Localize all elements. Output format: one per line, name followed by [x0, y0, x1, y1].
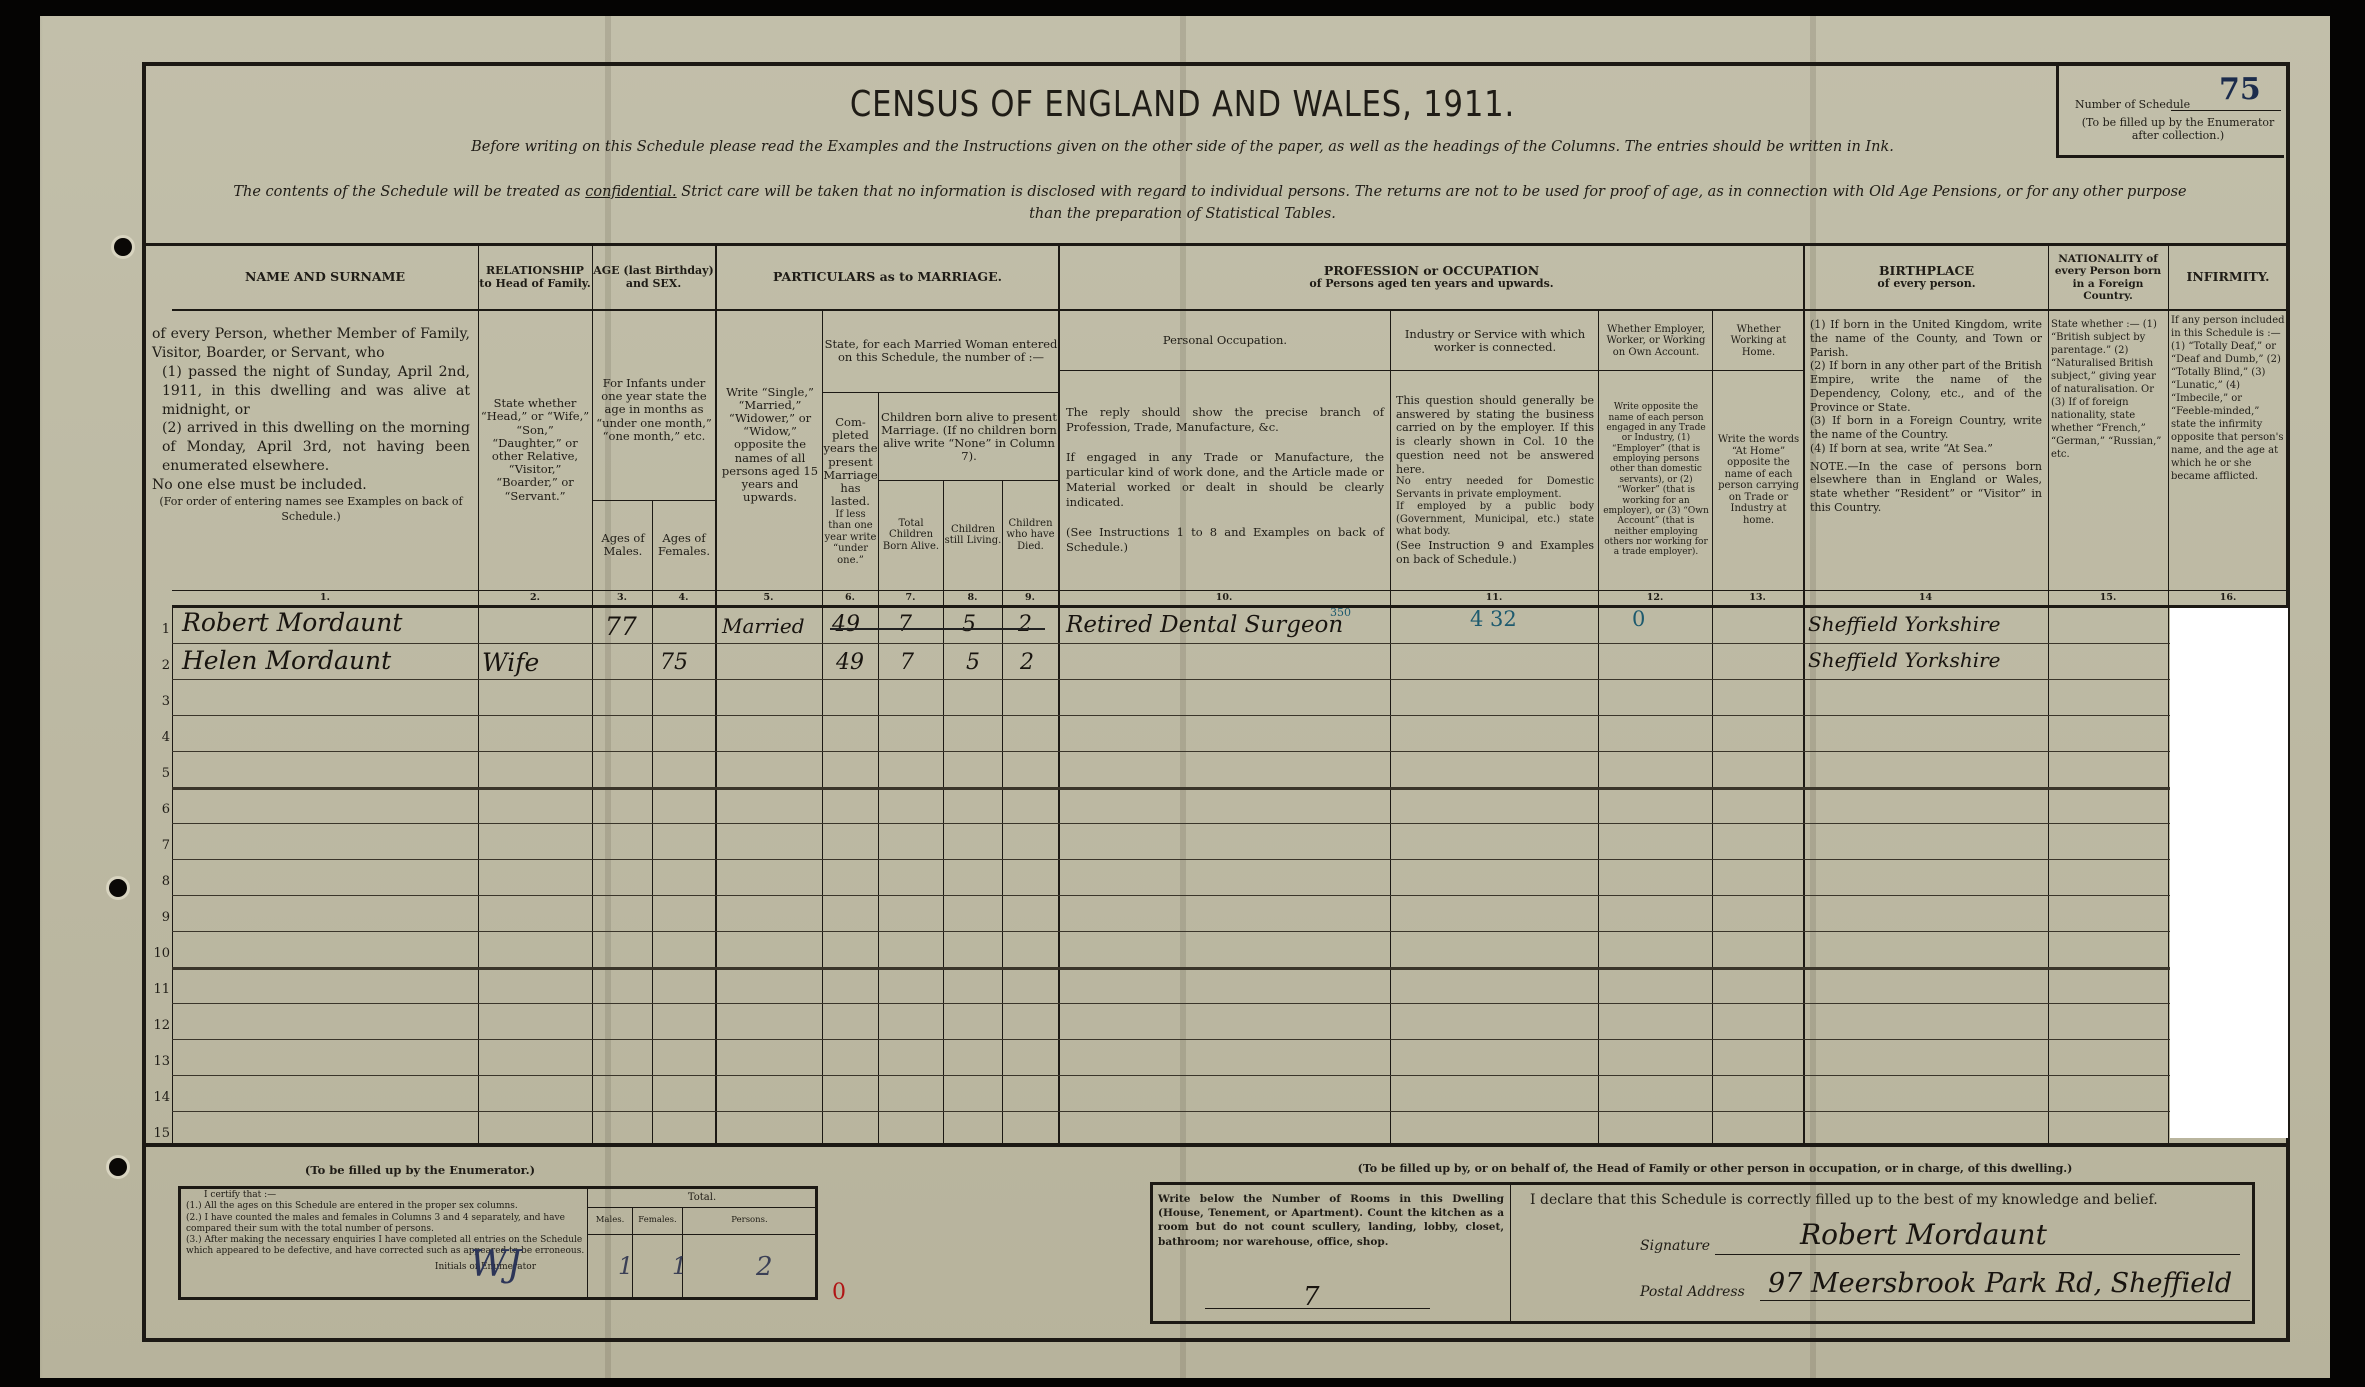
cell-children-living[interactable]: 5	[966, 650, 980, 675]
schedule-number[interactable]: 75	[2219, 72, 2261, 107]
declaration: I declare that this Schedule is correctl…	[1530, 1190, 2250, 1210]
enumerator-certification: I certify that :— (1.) All the ages on t…	[186, 1190, 586, 1294]
strike-through-line	[830, 628, 1045, 630]
row-number: 15	[146, 1126, 170, 1141]
cell-birthplace[interactable]: Sheffield Yorkshire	[1808, 612, 2001, 636]
children-living-label: Children still Living.	[944, 482, 1002, 588]
at-home-label: Whether Working at Home.	[1714, 312, 1803, 370]
header-birthplace: BIRTHPLACE of every person.	[1805, 246, 2048, 309]
cell-employer-code[interactable]: 0	[1632, 607, 1645, 631]
married-woman-instructions: State, for each Married Woman entered on…	[824, 312, 1058, 390]
row-number: 3	[146, 694, 170, 709]
cell-name[interactable]: Helen Mordaunt	[182, 646, 391, 675]
males-label: Males.	[588, 1208, 632, 1234]
column-number: 4.	[652, 591, 715, 605]
cell-birthplace[interactable]: Sheffield Yorkshire	[1808, 648, 2001, 672]
row-number: 10	[146, 946, 170, 961]
header-name: NAME AND SURNAME	[172, 246, 478, 309]
confidential-notice-line2: than the preparation of Statistical Tabl…	[0, 206, 2365, 222]
total-females[interactable]: 1	[672, 1252, 687, 1280]
household-heading: (To be filled up by, or on behalf of, th…	[1150, 1160, 2280, 1178]
header-age: AGE (last Birthday) and SEX.	[592, 246, 715, 309]
confidential-word: confidential.	[585, 184, 676, 200]
cell-age-female[interactable]: 75	[660, 650, 688, 675]
row-number: 14	[146, 1090, 170, 1105]
name-instructions: of every Person, whether Member of Famil…	[152, 325, 470, 575]
schedule-note: (To be filled up by the Enumerator after…	[2073, 116, 2283, 142]
row-number: 5	[146, 766, 170, 781]
confidential-notice: The contents of the Schedule will be tre…	[150, 184, 2270, 200]
column-number: 7.	[878, 591, 943, 605]
column-number: 10.	[1058, 591, 1390, 605]
number-of-rooms[interactable]: 7	[1303, 1282, 1320, 1312]
females-label: Females.	[633, 1208, 682, 1234]
column-number: 1.	[172, 591, 478, 605]
cell-children-died[interactable]: 2	[1018, 612, 1032, 637]
column-number: 12.	[1598, 591, 1712, 605]
occupation-code: 350	[1330, 606, 1351, 619]
row-number: 2	[146, 658, 170, 673]
cell-children-total[interactable]: 7	[898, 612, 912, 637]
column-number: 9.	[1002, 591, 1058, 605]
total-children-label: Total Children Born Alive.	[879, 482, 943, 588]
children-died-label: Children who have Died.	[1003, 482, 1058, 588]
total-label: Total.	[588, 1188, 816, 1207]
header-relationship: RELATIONSHIP to Head of Family.	[478, 246, 592, 309]
infirmity-instructions: If any person included in this Schedule …	[2171, 314, 2285, 584]
rooms-instructions: Write below the Number of Rooms in this …	[1158, 1192, 1504, 1272]
enumerator-initials[interactable]: WJ	[470, 1244, 521, 1285]
row-number: 12	[146, 1018, 170, 1033]
column-number: 14	[1803, 591, 2048, 605]
ages-males-label: Ages of Males.	[594, 502, 652, 588]
punch-hole-icon	[114, 238, 132, 256]
column-number: 2.	[478, 591, 592, 605]
postal-address-label: Postal Address	[1640, 1284, 1745, 1300]
employer-instructions: Write opposite the name of each person e…	[1601, 372, 1711, 588]
personal-occupation-instructions: The reply should show the precise branch…	[1066, 380, 1384, 580]
enumerator-heading: (To be filled up by the Enumerator.)	[170, 1162, 670, 1180]
total-males[interactable]: 1	[618, 1252, 633, 1280]
children-born-label: Children born alive to present Marriage.…	[880, 394, 1058, 480]
cell-years-married[interactable]: 49	[836, 650, 864, 675]
cell-children-total[interactable]: 7	[900, 650, 914, 675]
column-number: 3.	[592, 591, 652, 605]
cell-relationship[interactable]: Wife	[482, 648, 539, 677]
birthplace-instructions: (1) If born in the United Kingdom, write…	[1810, 318, 2042, 578]
row-number: 13	[146, 1054, 170, 1069]
ages-females-label: Ages of Females.	[653, 502, 715, 588]
employer-label: Whether Employer, Worker, or Working on …	[1600, 312, 1712, 370]
redacted-infirmity-column	[2170, 608, 2288, 1138]
red-check-mark: 0	[832, 1280, 846, 1305]
cell-occupation[interactable]: Retired Dental Surgeon	[1066, 612, 1343, 638]
column-number: 8.	[943, 591, 1002, 605]
column-number: 15.	[2048, 591, 2168, 605]
at-home-instructions: Write the words “At Home” opposite the n…	[1714, 372, 1803, 588]
cell-age-male[interactable]: 77	[605, 612, 637, 641]
completed-years-label: Com-pleted years the present Marriage ha…	[823, 394, 878, 588]
row-number: 8	[146, 874, 170, 889]
row-number: 11	[146, 982, 170, 997]
header-nationality: NATIONALITY of every Person born in a Fo…	[2048, 246, 2168, 309]
column-number: 13.	[1712, 591, 1803, 605]
industry-label: Industry or Service with which worker is…	[1392, 312, 1598, 370]
header-infirmity: INFIRMITY.	[2168, 246, 2288, 309]
row-number: 6	[146, 802, 170, 817]
column-number: 11.	[1390, 591, 1598, 605]
instructions-line: Before writing on this Schedule please r…	[0, 139, 2365, 155]
postal-address[interactable]: 97 Meersbrook Park Rd, Sheffield	[1768, 1268, 2232, 1299]
cell-years-married[interactable]: 49	[832, 612, 860, 637]
nationality-instructions: State whether :— (1) “British subject by…	[2051, 318, 2165, 578]
age-instructions: For Infants under one year state the age…	[594, 320, 714, 500]
row-number: 7	[146, 838, 170, 853]
cell-industry-code[interactable]: 4 32	[1470, 607, 1517, 631]
persons-label: Persons.	[683, 1208, 816, 1234]
marriage-instructions: Write “Single,” “Married,” “Widower,” or…	[718, 320, 822, 570]
total-persons[interactable]: 2	[756, 1252, 773, 1282]
row-number: 4	[146, 730, 170, 745]
personal-occupation-label: Personal Occupation.	[1060, 312, 1390, 370]
cell-marriage[interactable]: Married	[722, 614, 805, 638]
cell-name[interactable]: Robert Mordaunt	[182, 608, 402, 637]
signature-label: Signature	[1640, 1238, 1710, 1254]
cell-children-living[interactable]: 5	[962, 612, 976, 637]
column-number: 5.	[715, 591, 822, 605]
signature[interactable]: Robert Mordaunt	[1800, 1218, 2047, 1251]
schedule-number-box: Number of Schedule 75 (To be filled up b…	[2056, 66, 2284, 158]
punch-hole-icon	[109, 879, 127, 897]
header-occupation: PROFESSION or OCCUPATION of Persons aged…	[1060, 246, 1803, 309]
industry-instructions: This question should generally be answer…	[1396, 372, 1594, 588]
row-number: 9	[146, 910, 170, 925]
page-title: CENSUS OF ENGLAND AND WALES, 1911.	[177, 84, 2187, 125]
column-number: 6.	[822, 591, 878, 605]
row-number: 1	[146, 622, 170, 637]
relationship-instructions: State whether “Head,” or “Wife,” “Son,” …	[480, 310, 590, 590]
punch-hole-icon	[109, 1158, 127, 1176]
cell-children-died[interactable]: 2	[1020, 650, 1034, 675]
column-number: 16.	[2168, 591, 2288, 605]
header-marriage: PARTICULARS as to MARRIAGE.	[717, 246, 1058, 309]
